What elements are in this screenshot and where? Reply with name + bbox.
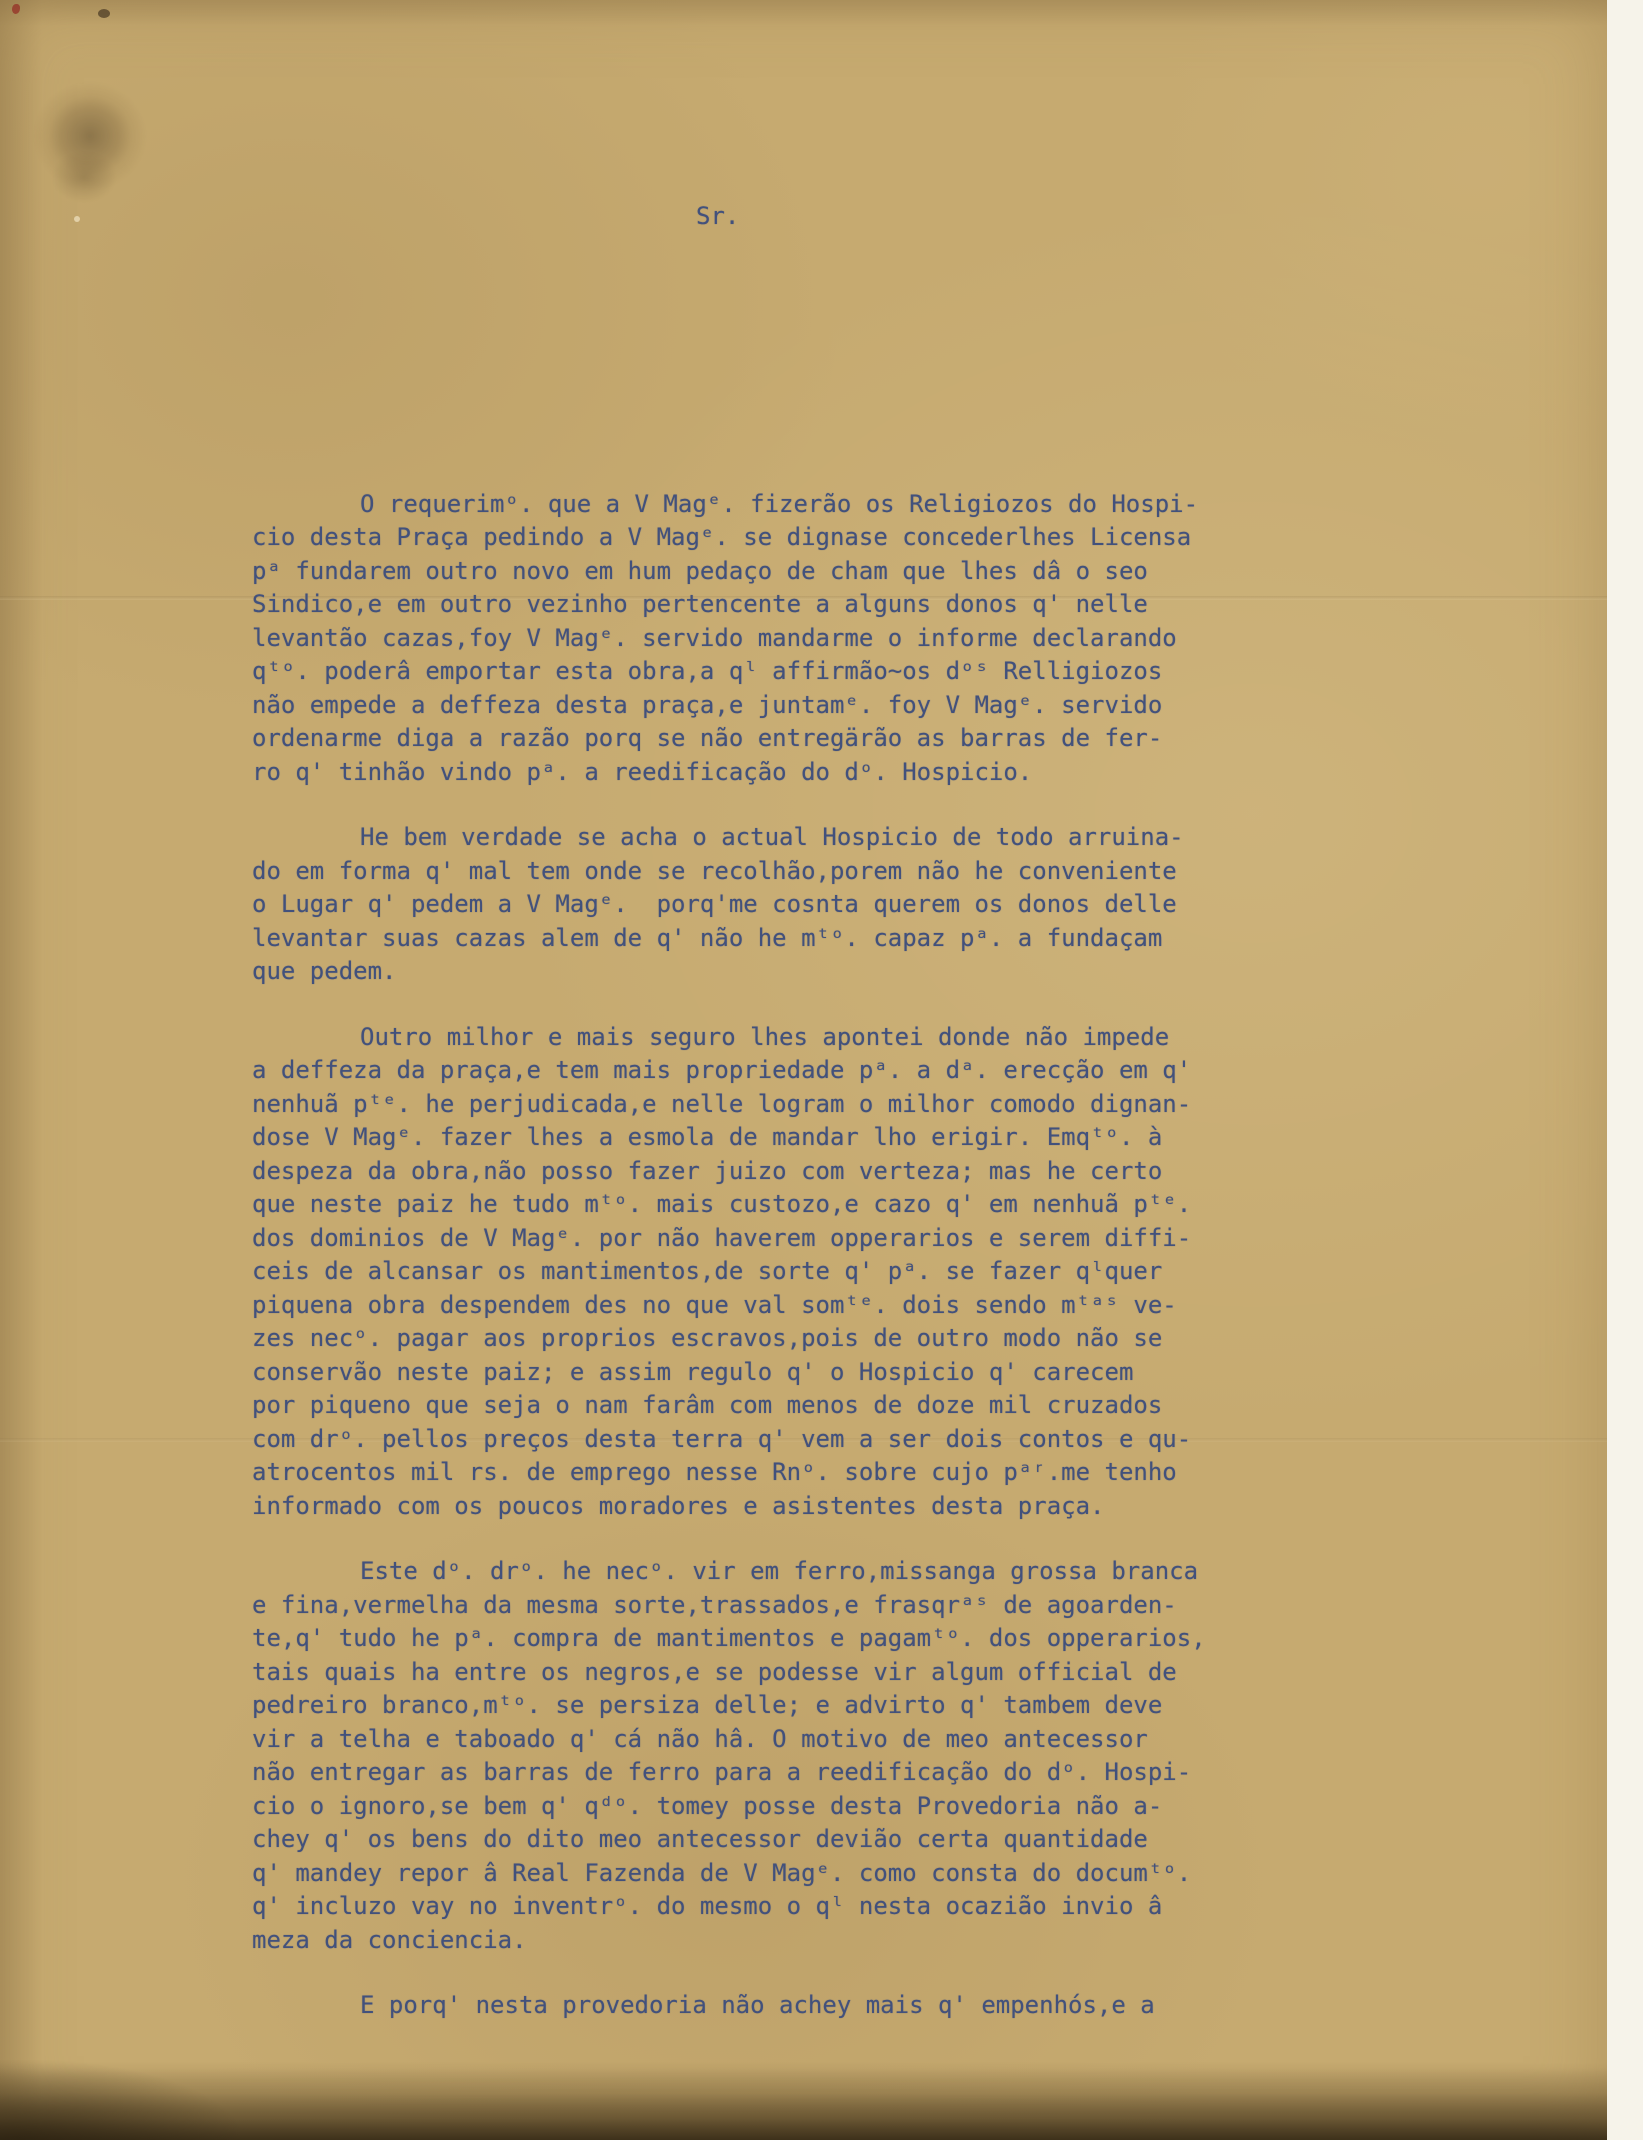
text-line: informado com os poucos moradores e asis…: [252, 1490, 1262, 1524]
text-line: He bem verdade se acha o actual Hospicio…: [252, 821, 1262, 855]
text-line: levantar suas cazas alem de q' não he mᵗ…: [252, 922, 1262, 956]
paragraph: He bem verdade se acha o actual Hospicio…: [252, 821, 1262, 989]
text-line: ceis de alcansar os mantimentos,de sorte…: [252, 1255, 1262, 1289]
text-line: Sindico,e em outro vezinho pertencente a…: [252, 588, 1262, 622]
paper-corner-shadow: [0, 2060, 240, 2140]
text-line: O requerimᵒ. que a V Magᵉ. fizerão os Re…: [252, 488, 1262, 522]
text-line: E porq' nesta provedoria não achey mais …: [252, 1989, 1262, 2023]
text-line: tais quais ha entre os negros,e se podes…: [252, 1656, 1262, 1690]
paper-speck: [12, 4, 20, 14]
text-line: pᵃ fundarem outro novo em hum pedaço de …: [252, 555, 1262, 589]
letter-text: Sr. O requerimᵒ. que a V Magᵉ. fizerão o…: [252, 200, 1262, 2023]
paper-speck: [98, 9, 110, 18]
text-line: te,q' tudo he pᵃ. compra de mantimentos …: [252, 1622, 1262, 1656]
text-line: do em forma q' mal tem onde se recolhão,…: [252, 855, 1262, 889]
letter-paragraphs: O requerimᵒ. que a V Magᵉ. fizerão os Re…: [252, 488, 1262, 2023]
text-line: ro q' tinhão vindo pᵃ. a reedificação do…: [252, 756, 1262, 790]
text-line: com drᵒ. pellos preços desta terra q' ve…: [252, 1423, 1262, 1457]
text-line: pedreiro branco,mᵗᵒ. se persiza delle; e…: [252, 1689, 1262, 1723]
text-line: q' incluzo vay no inventrᵒ. do mesmo o q…: [252, 1890, 1262, 1924]
paper-stain: [52, 152, 116, 202]
text-line: e fina,vermelha da mesma sorte,trassados…: [252, 1589, 1262, 1623]
text-line: o Lugar q' pedem a V Magᵉ. porq'me cosnt…: [252, 888, 1262, 922]
text-line: chey q' os bens do dito meo antecessor d…: [252, 1823, 1262, 1857]
paragraph: E porq' nesta provedoria não achey mais …: [252, 1989, 1262, 2023]
text-line: que pedem.: [252, 955, 1262, 989]
text-line: ordenarme diga a razão porq se não entre…: [252, 722, 1262, 756]
paper-sheet: Sr. O requerimᵒ. que a V Magᵉ. fizerão o…: [0, 0, 1607, 2140]
text-line: q' mandey repor â Real Fazenda de V Magᵉ…: [252, 1857, 1262, 1891]
salutation: Sr.: [252, 200, 1262, 234]
scanned-letter-page: Sr. O requerimᵒ. que a V Magᵉ. fizerão o…: [0, 0, 1643, 2140]
text-line: cio desta Praça pedindo a V Magᵉ. se dig…: [252, 521, 1262, 555]
text-line: piquena obra despendem des no que val so…: [252, 1289, 1262, 1323]
paragraph: Outro milhor e mais seguro lhes apontei …: [252, 1021, 1262, 1524]
text-line: a deffeza da praça,e tem mais propriedad…: [252, 1054, 1262, 1088]
paper-speck: [74, 216, 80, 222]
text-line: qᵗᵒ. poderâ emportar esta obra,a qˡ affi…: [252, 655, 1262, 689]
text-line: despeza da obra,não posso fazer juizo co…: [252, 1155, 1262, 1189]
text-line: meza da conciencia.: [252, 1924, 1262, 1958]
text-line: dose V Magᵉ. fazer lhes a esmola de mand…: [252, 1121, 1262, 1155]
paper-bottom-edge: [0, 2068, 1607, 2140]
text-line: que neste paiz he tudo mᵗᵒ. mais custozo…: [252, 1188, 1262, 1222]
text-line: atrocentos mil rs. de emprego nesse Rnᵒ.…: [252, 1456, 1262, 1490]
text-line: não empede a deffeza desta praça,e junta…: [252, 689, 1262, 723]
text-line: levantão cazas,foy V Magᵉ. servido manda…: [252, 622, 1262, 656]
text-line: cio o ignoro,se bem q' qᵈᵒ. tomey posse …: [252, 1790, 1262, 1824]
scan-background: [1607, 0, 1643, 2140]
text-line: não entregar as barras de ferro para a r…: [252, 1756, 1262, 1790]
text-line: vir a telha e taboado q' cá não hâ. O mo…: [252, 1723, 1262, 1757]
text-line: Outro milhor e mais seguro lhes apontei …: [252, 1021, 1262, 1055]
text-line: dos dominios de V Magᵉ. por não haverem …: [252, 1222, 1262, 1256]
text-line: por piqueno que seja o nam farâm com men…: [252, 1389, 1262, 1423]
text-line: zes necᵒ. pagar aos proprios escravos,po…: [252, 1322, 1262, 1356]
text-line: nenhuã pᵗᵉ. he perjudicada,e nelle logra…: [252, 1088, 1262, 1122]
paragraph: O requerimᵒ. que a V Magᵉ. fizerão os Re…: [252, 488, 1262, 790]
paragraph: Este dᵒ. drᵒ. he necᵒ. vir em ferro,miss…: [252, 1555, 1262, 1957]
text-line: Este dᵒ. drᵒ. he necᵒ. vir em ferro,miss…: [252, 1555, 1262, 1589]
text-line: conservão neste paiz; e assim regulo q' …: [252, 1356, 1262, 1390]
